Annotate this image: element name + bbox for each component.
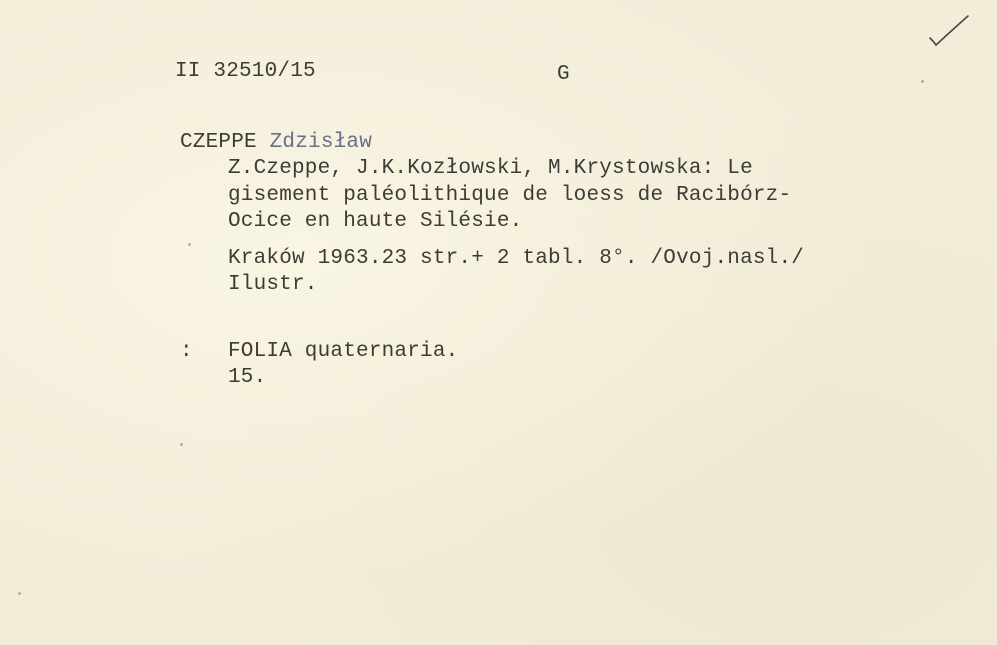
paper-speck bbox=[921, 80, 924, 83]
catalog-card: II 32510/15 G CZEPPE Zdzisław Z.Czeppe, … bbox=[0, 0, 997, 645]
series-title: FOLIA quaternaria. bbox=[228, 340, 458, 364]
location-code: G bbox=[557, 63, 570, 87]
description-line-illustrations: Ilustr. bbox=[228, 273, 318, 297]
series-number: 15. bbox=[228, 366, 266, 390]
paper-speck bbox=[188, 243, 191, 246]
description-line-title-1: gisement paléolithique de loess de Racib… bbox=[228, 184, 791, 208]
description-line-imprint: Kraków 1963.23 str.+ 2 tabl. 8°. /Ovoj.n… bbox=[228, 247, 804, 271]
author-given-name: Zdzisław bbox=[270, 131, 372, 154]
call-number: II 32510/15 bbox=[175, 60, 316, 84]
author-heading: CZEPPE Zdzisław bbox=[180, 131, 372, 155]
description-line-title-2: Ocice en haute Silésie. bbox=[228, 210, 522, 234]
series-marker: : bbox=[180, 340, 193, 364]
description-line-authors: Z.Czeppe, J.K.Kozłowski, M.Krystowska: L… bbox=[228, 157, 753, 181]
paper-speck bbox=[180, 443, 183, 446]
author-surname: CZEPPE bbox=[180, 131, 257, 154]
checkmark-icon bbox=[928, 14, 972, 48]
paper-speck bbox=[18, 592, 21, 595]
